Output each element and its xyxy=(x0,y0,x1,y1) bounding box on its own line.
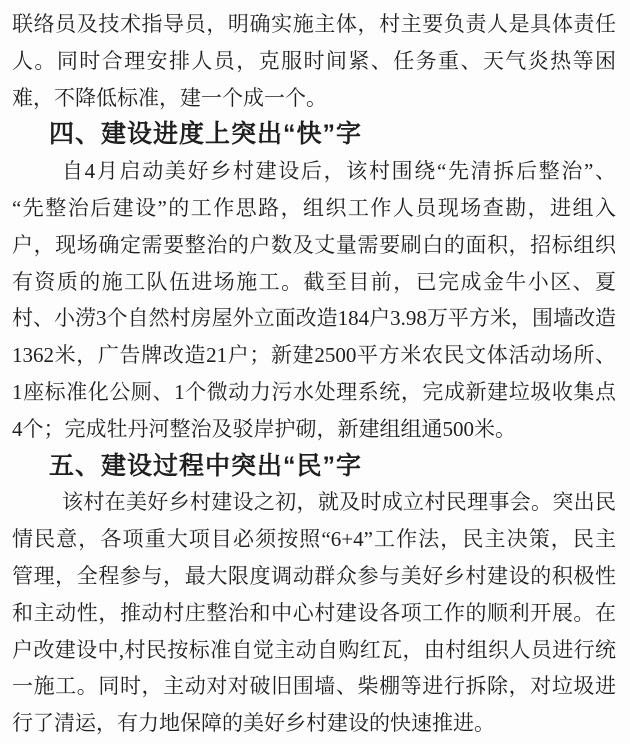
text-line: 情民意，各项重大项目必须按照“6+4”工作法，民主决策，民主 xyxy=(12,521,616,558)
section-heading: 四、建设进度上突出“快”字 xyxy=(12,116,616,153)
text-line: “先整治后建设”的工作思路，组织工作人员现场查勘，进组入 xyxy=(12,190,616,227)
text-line: 管理，全程参与，最大限度调动群众参与美好乡村建设的积极性 xyxy=(12,558,616,595)
text-line: 1362米，广告牌改造21户；新建2500平方米农民文体活动场所、 xyxy=(12,337,616,374)
text-line: 难，不降低标准，建一个成一个。 xyxy=(12,80,616,117)
text-line: 有资质的施工队伍进场施工。截至目前，已完成金牛小区、夏 xyxy=(12,264,616,301)
text-line: 村、小涝3个自然村房屋外立面改造184户3.98万平方米，围墙改造 xyxy=(12,300,616,337)
text-line: 户，现场确定需要整治的户数及丈量需要刷白的面积，招标组织 xyxy=(12,227,616,264)
text-line: 行了清运，有力地保障的美好乡村建设的快速推进。 xyxy=(12,705,616,742)
text-line: 一施工。同时，主动对对破旧围墙、柴棚等进行拆除，对垃圾进 xyxy=(12,668,616,705)
text-line: 1座标准化公厕、1个微动力污水处理系统，完成新建垃圾收集点 xyxy=(12,374,616,411)
text-line: 户改建设中,村民按标准自觉主动自购红瓦，由村组织人员进行统 xyxy=(12,632,616,669)
text-line: 人。同时合理安排人员，克服时间紧、任务重、天气炎热等困 xyxy=(12,43,616,80)
document-page: 联络员及技术指导员，明确实施主体，村主要负责人是具体责任人。同时合理安排人员，克… xyxy=(0,0,630,744)
text-line: 4个；完成牡丹河整治及驳岸护砌，新建组组通500米。 xyxy=(12,411,616,448)
text-line: 自4月启动美好乡村建设后，该村围绕“先清拆后整治”、 xyxy=(12,153,616,190)
text-line: 该村在美好乡村建设之初，就及时成立村民理事会。突出民 xyxy=(12,484,616,521)
text-line: 和主动性，推动村庄整治和中心村建设各项工作的顺利开展。在 xyxy=(12,595,616,632)
section-heading: 五、建设过程中突出“民”字 xyxy=(12,448,616,485)
text-line: 联络员及技术指导员，明确实施主体，村主要负责人是具体责任 xyxy=(12,6,616,43)
